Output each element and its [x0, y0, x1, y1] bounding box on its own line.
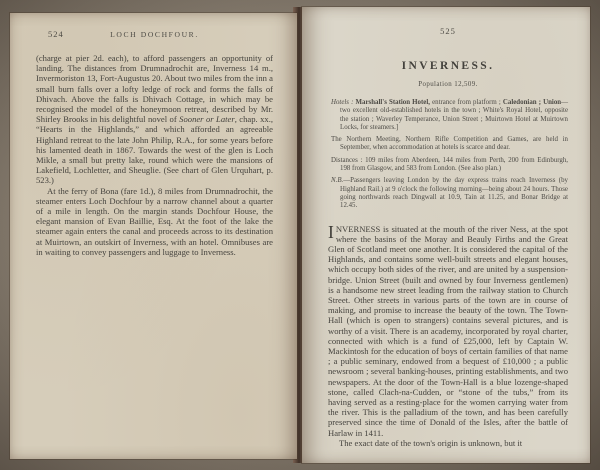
left-body-paragraph-2: At the ferry of Bona (fare 1d.), 8 miles…	[36, 186, 273, 257]
population-line: Population 12,509.	[328, 81, 568, 88]
left-page-header: 524 LOCH DOCHFOUR.	[36, 29, 273, 42]
right-body: INVERNESS is situated at the mouth of th…	[328, 224, 568, 448]
right-body-paragraph-2: The exact date of the town's origin is u…	[328, 438, 568, 448]
right-page: 525 INVERNESS. Population 12,509. Hotels…	[302, 7, 590, 463]
chapter-title: INVERNESS.	[328, 60, 568, 72]
right-page-number: 525	[328, 26, 568, 36]
notes-block: Hotels : Marshall's Station Hotel, entra…	[328, 99, 568, 211]
hotels-note: Hotels : Marshall's Station Hotel, entra…	[328, 99, 568, 132]
distances-note: Distances : 109 miles from Aberdeen, 144…	[328, 157, 568, 174]
right-body-paragraph-1: INVERNESS is situated at the mouth of th…	[328, 224, 568, 438]
left-body-paragraph-1: (charge at pier 2d. each), to afford pas…	[36, 53, 273, 186]
book-scan-photo: 524 LOCH DOCHFOUR. (charge at pier 2d. e…	[0, 0, 600, 470]
left-page: 524 LOCH DOCHFOUR. (charge at pier 2d. e…	[10, 13, 297, 459]
running-head: LOCH DOCHFOUR.	[36, 30, 273, 39]
northern-meeting-note: The Northern Meeting, Northern Rifle Com…	[328, 136, 568, 153]
nb-note: N.B.—Passengers leaving London by the da…	[328, 177, 568, 210]
